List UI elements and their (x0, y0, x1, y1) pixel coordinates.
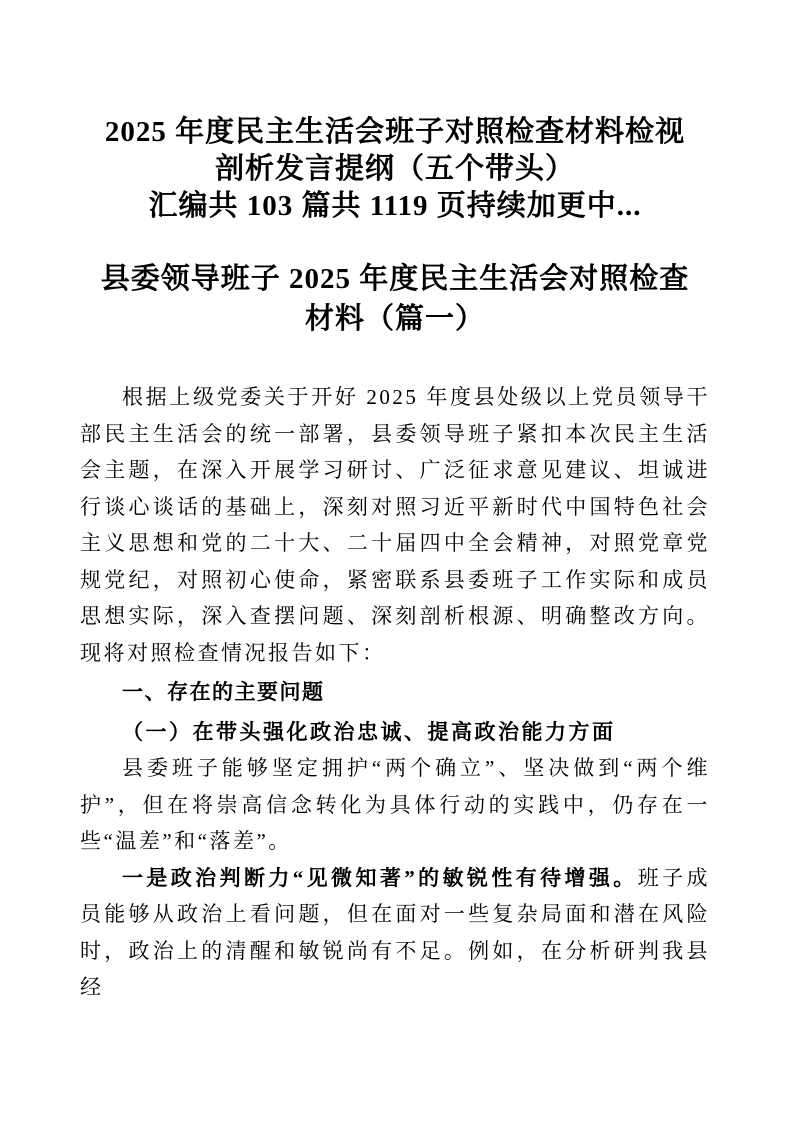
document-body: 根据上级党委关于开好 2025 年度县处级以上党员领导干部民主生活会的统一部署，… (80, 379, 710, 1006)
document-content: 2025 年度民主生活会班子对照检查材料检视 剖析发言提纲（五个带头） 汇编共 … (0, 0, 793, 1006)
document-title: 2025 年度民主生活会班子对照检查材料检视 剖析发言提纲（五个带头） 汇编共 … (80, 114, 710, 225)
document-title-line1: 2025 年度民主生活会班子对照检查材料检视 (80, 114, 710, 151)
point-1-paragraph: 一是政治判断力“见微知著”的敏锐性有待增强。班子成员能够从政治上看问题，但在面对… (80, 860, 710, 1006)
document-title-line2: 剖析发言提纲（五个带头） (80, 151, 710, 188)
document-subtitle: 汇编共 103 篇共 1119 页持续加更中... (80, 188, 710, 225)
document-page: 2025 年度民主生活会班子对照检查材料检视 剖析发言提纲（五个带头） 汇编共 … (0, 0, 793, 1122)
intro-paragraph: 根据上级党委关于开好 2025 年度县处级以上党员领导干部民主生活会的统一部署，… (80, 379, 710, 671)
subsection-1-paragraph: 县委班子能够坚定拥护“两个确立”、坚决做到“两个维护”，但在将崇高信念转化为具体… (80, 750, 710, 860)
subsection-1-heading: （一）在带头强化政治忠诚、提高政治能力方面 (80, 714, 710, 751)
article-title: 县委领导班子 2025 年度民主生活会对照检查 材料（篇一） (80, 259, 710, 339)
article-title-line1: 县委领导班子 2025 年度民主生活会对照检查 (80, 259, 710, 299)
section-1-heading: 一、存在的主要问题 (80, 675, 710, 712)
article-title-line2: 材料（篇一） (80, 299, 710, 339)
point-1-lead: 一是政治判断力“见微知著”的敏锐性有待增强。 (122, 866, 638, 890)
